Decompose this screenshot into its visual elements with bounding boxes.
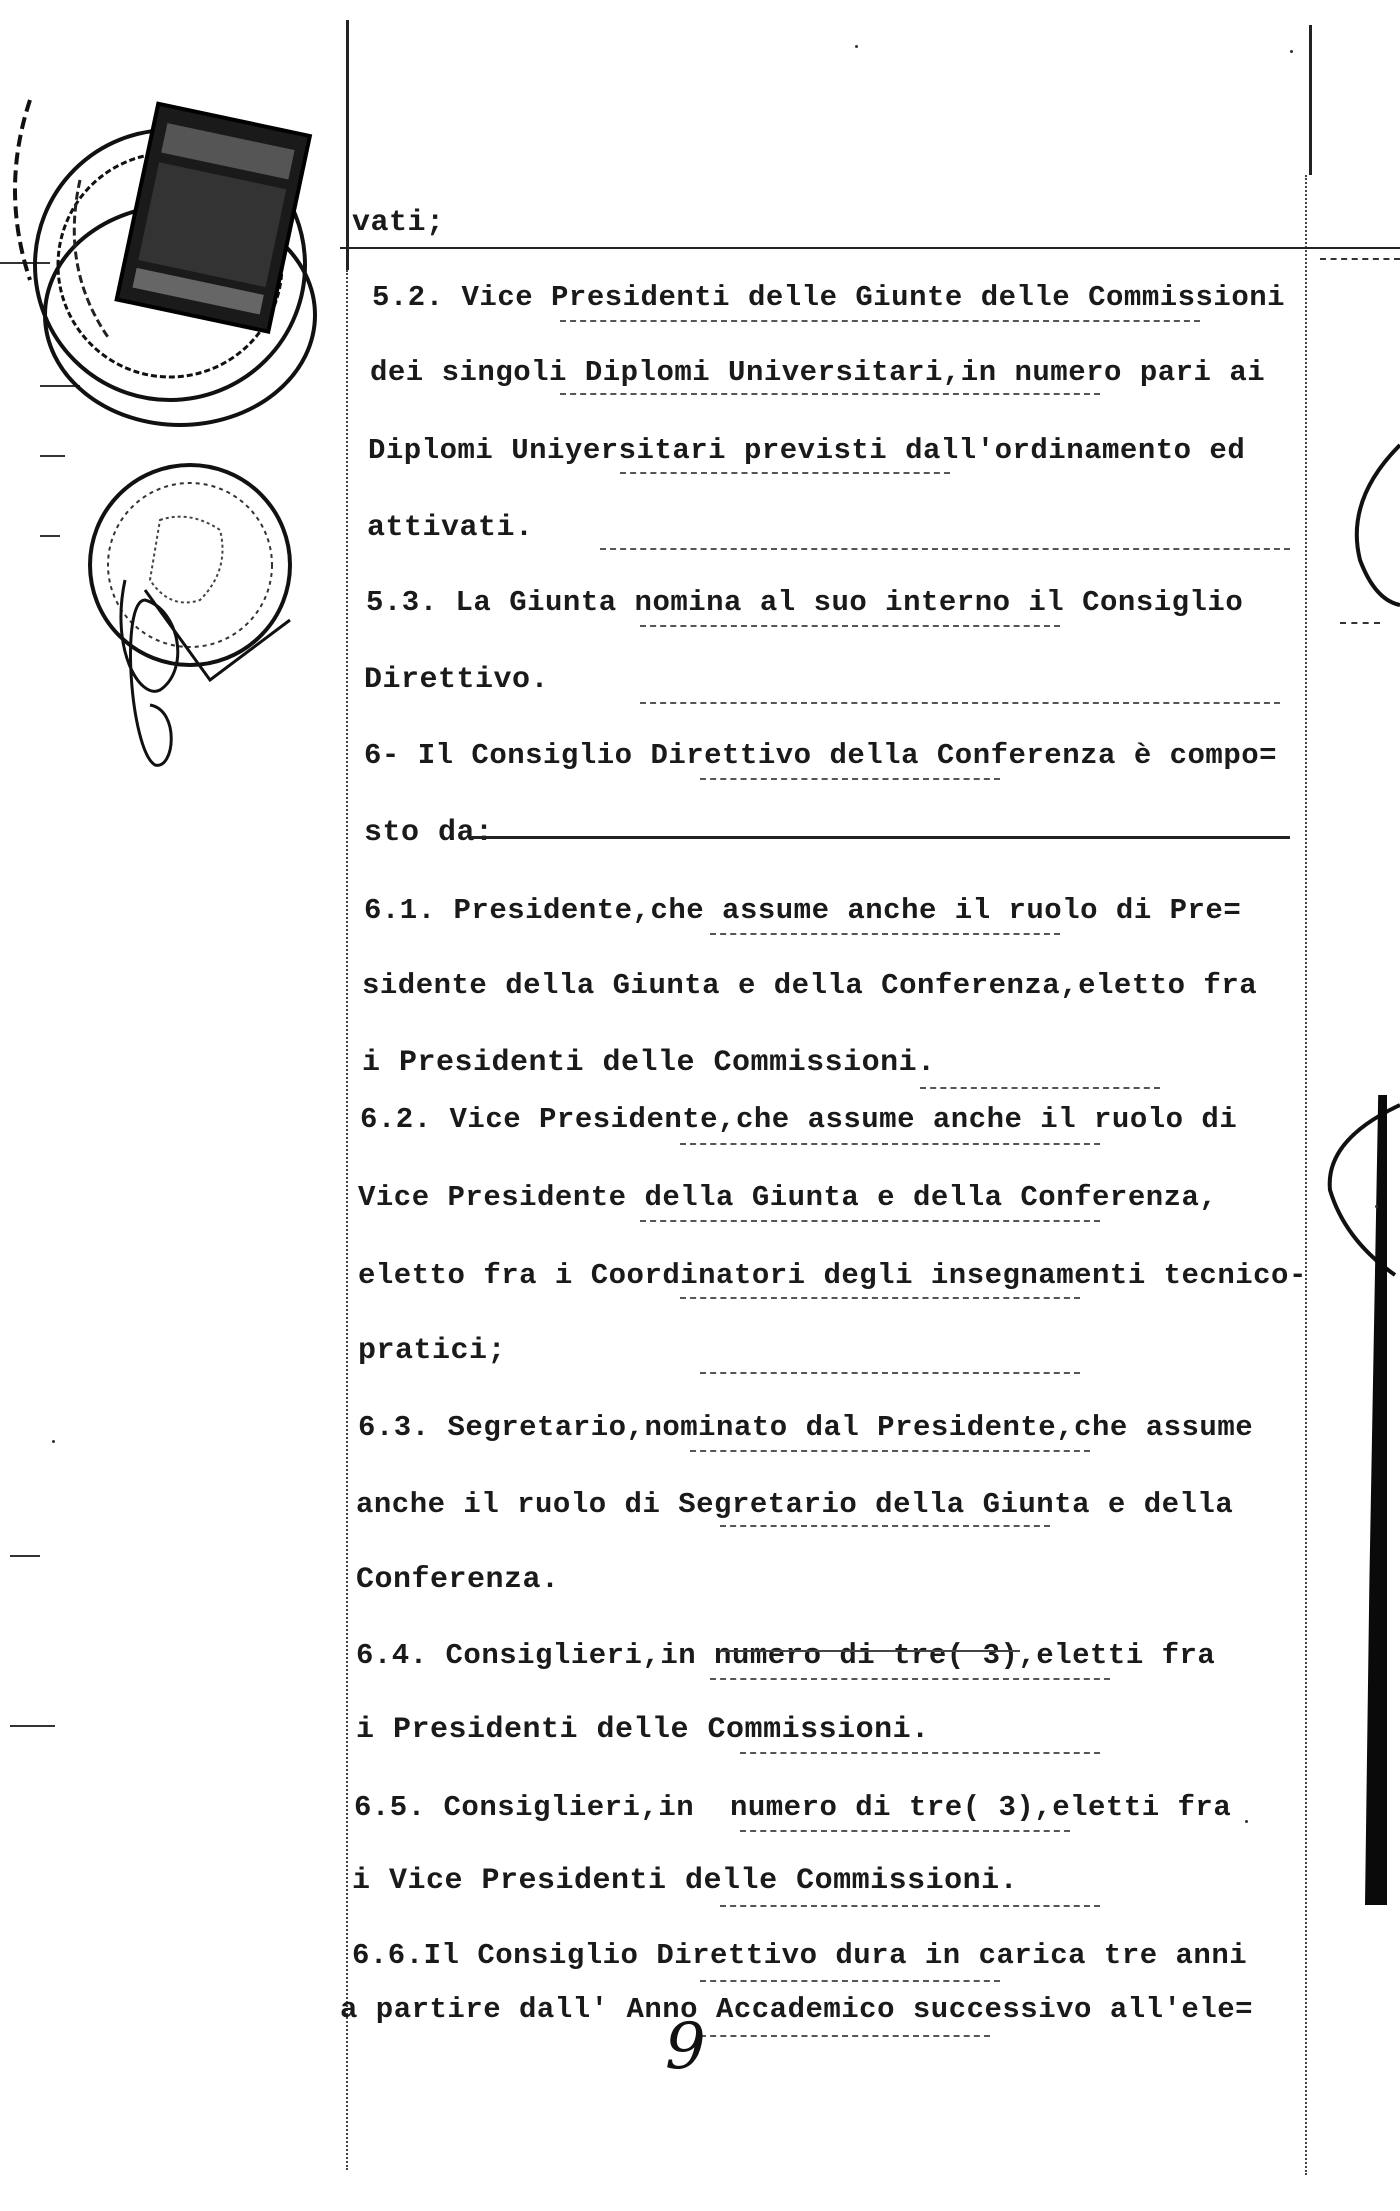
text-line: 6.5. Consiglieri,in numero di tre( 3),el…: [354, 1790, 1231, 1826]
text-line: 6.2. Vice Presidente,che assume anche il…: [360, 1102, 1237, 1138]
text-line: 6.4. Consiglieri,in numero di tre( 3),el…: [356, 1638, 1215, 1674]
underline: [640, 625, 1060, 627]
text-line: attivati.: [367, 510, 534, 546]
underline: [690, 1450, 1090, 1452]
underline: [700, 1980, 1000, 1982]
underline: [700, 2035, 990, 2037]
underline: [680, 1143, 1100, 1145]
partial-seal-right-top-icon: [1345, 440, 1400, 610]
scan-speck: [1290, 50, 1293, 53]
margin-mark: [1340, 622, 1380, 624]
text-line: 5.3. La Giunta nomina al suo interno il …: [366, 585, 1243, 621]
text-line: sidente della Giunta e della Conferenza,…: [362, 968, 1257, 1004]
underline: [720, 1650, 1020, 1652]
right-margin-line: [1309, 25, 1312, 175]
underline: [700, 778, 1000, 780]
underline: [720, 1905, 1100, 1907]
text-line: i Vice Presidenti delle Commissioni.: [352, 1863, 1018, 1899]
underline: [680, 1297, 1080, 1299]
underline: [710, 933, 1060, 935]
underline: [720, 1525, 1050, 1527]
underline: [560, 393, 1100, 395]
underline: [740, 1830, 1070, 1832]
text-line: a partire dall' Anno Accademico successi…: [340, 1992, 1253, 2028]
text-line: pratici;: [358, 1333, 506, 1369]
underline: [710, 1678, 1110, 1680]
underline: [740, 1752, 1100, 1754]
text-line: dei singoli Diplomi Universitari,in nume…: [370, 355, 1265, 391]
scanned-document-page: vati; 5.2. Vice Presidenti delle Giunte …: [0, 0, 1400, 2211]
text-line: 6- Il Consiglio Direttivo della Conferen…: [364, 738, 1277, 774]
text-line: Diplomi Uniyersitari previsti dall'ordin…: [368, 433, 1245, 469]
scan-speck: [52, 1440, 55, 1443]
text-line: 6.6.Il Consiglio Direttivo dura in caric…: [352, 1938, 1247, 1974]
text-line: Conferenza.: [356, 1562, 560, 1598]
text-line: sto da:: [364, 815, 494, 851]
text-line: anche il ruolo di Segretario della Giunt…: [356, 1487, 1233, 1523]
underline: [620, 472, 950, 474]
underline: [600, 548, 1290, 550]
scan-speck: [855, 45, 858, 48]
text-line: 6.3. Segretario,nominato dal Presidente,…: [358, 1410, 1253, 1446]
scan-speck: [1375, 1205, 1378, 1208]
text-line: 5.2. Vice Presidenti delle Giunte delle …: [372, 280, 1285, 316]
underline: [640, 702, 1280, 704]
left-margin-dotted-line: [346, 270, 348, 2170]
left-margin-line: [346, 20, 349, 270]
underline: [640, 1220, 1100, 1222]
circular-seal-icon: [50, 450, 330, 790]
scan-speck: [1245, 1820, 1248, 1823]
margin-mark: [1320, 258, 1400, 260]
underline: [560, 320, 1200, 322]
header-rule: [340, 247, 1400, 249]
page-number: 9: [665, 2010, 706, 2084]
text-line: i Presidenti delle Commissioni.: [356, 1712, 930, 1748]
underline: [700, 1372, 1080, 1374]
text-line: vati;: [352, 205, 445, 241]
text-line: Vice Presidente della Giunta e della Con…: [358, 1180, 1217, 1216]
revenue-stamp-seal-icon: [20, 80, 340, 460]
text-line: Direttivo.: [364, 662, 549, 698]
underline: [920, 1087, 1160, 1089]
filler-rule: [470, 836, 1290, 839]
text-line: eletto fra i Coordinatori degli insegnam…: [358, 1258, 1307, 1294]
margin-mark: [10, 1555, 40, 1557]
margin-mark: [10, 1725, 55, 1727]
text-line: 6.1. Presidente,che assume anche il ruol…: [364, 893, 1241, 929]
text-line: i Presidenti delle Commissioni.: [362, 1045, 936, 1081]
partial-seal-icon: [0, 90, 40, 290]
